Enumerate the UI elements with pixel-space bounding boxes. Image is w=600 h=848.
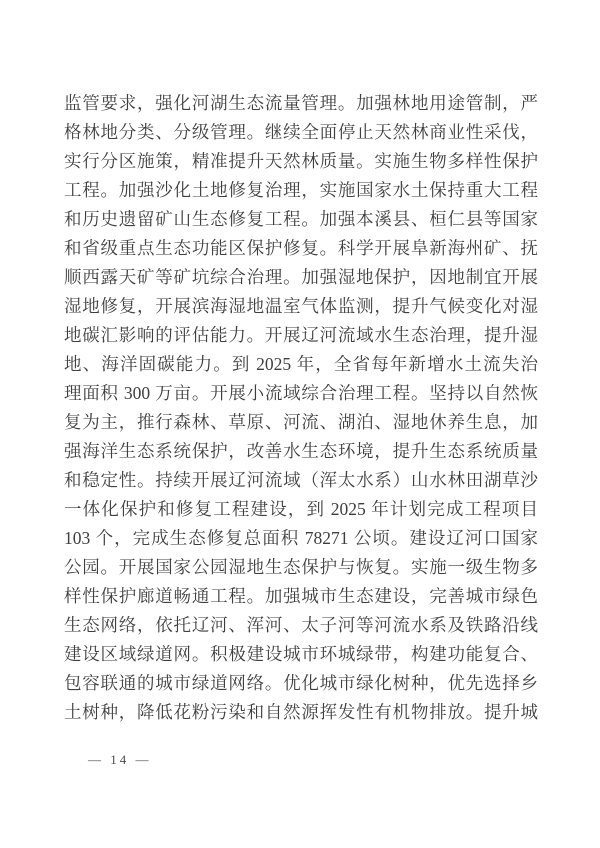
text-line: 工程。加强沙化土地修复治理，实施国家水土保持重大工程 xyxy=(64,176,538,205)
body-text: 监管要求，强化河湖生态流量管理。加强林地用途管制，严 格林地分类、分级管理。继续… xyxy=(64,89,538,727)
text-line: 实行分区施策，精准提升天然林质量。实施生物多样性保护 xyxy=(64,147,538,176)
text-line: 一体化保护和修复工程建设，到 2025 年计划完成工程项目 xyxy=(64,495,538,524)
text-line: 生态网络，依托辽河、浑河、太子河等河流水系及铁路沿线 xyxy=(64,611,538,640)
document-page: 监管要求，强化河湖生态流量管理。加强林地用途管制，严 格林地分类、分级管理。继续… xyxy=(0,0,600,848)
text-line: 103 个，完成生态修复总面积 78271 公顷。建设辽河口国家 xyxy=(64,524,538,553)
text-line: 监管要求，强化河湖生态流量管理。加强林地用途管制，严 xyxy=(64,89,538,118)
text-line: 湿地修复，开展滨海湿地温室气体监测，提升气候变化对湿 xyxy=(64,292,538,321)
text-line: 复为主，推行森林、草原、河流、湖泊、湿地休养生息，加 xyxy=(64,408,538,437)
text-line: 和历史遗留矿山生态修复工程。加强本溪县、桓仁县等国家 xyxy=(64,205,538,234)
text-line: 样性保护廊道畅通工程。加强城市生态建设，完善城市绿色 xyxy=(64,582,538,611)
page-number: — 14 — xyxy=(88,752,152,768)
text-line: 土树种，降低花粉污染和自然源挥发性有机物排放。提升城 xyxy=(64,698,538,727)
text-line: 格林地分类、分级管理。继续全面停止天然林商业性采伐， xyxy=(64,118,538,147)
text-line: 和省级重点生态功能区保护修复。科学开展阜新海州矿、抚 xyxy=(64,234,538,263)
text-line: 建设区域绿道网。积极建设城市环城绿带，构建功能复合、 xyxy=(64,640,538,669)
text-line: 地、海洋固碳能力。到 2025 年，全省每年新增水土流失治 xyxy=(64,350,538,379)
text-line: 顺西露天矿等矿坑综合治理。加强湿地保护，因地制宜开展 xyxy=(64,263,538,292)
text-line: 强海洋生态系统保护，改善水生态环境，提升生态系统质量 xyxy=(64,437,538,466)
text-line: 包容联通的城市绿道网络。优化城市绿化树种，优先选择乡 xyxy=(64,669,538,698)
text-line: 地碳汇影响的评估能力。开展辽河流域水生态治理，提升湿 xyxy=(64,321,538,350)
text-line: 和稳定性。持续开展辽河流域（浑太水系）山水林田湖草沙 xyxy=(64,466,538,495)
text-line: 理面积 300 万亩。开展小流域综合治理工程。坚持以自然恢 xyxy=(64,379,538,408)
text-line: 公园。开展国家公园湿地生态保护与恢复。实施一级生物多 xyxy=(64,553,538,582)
